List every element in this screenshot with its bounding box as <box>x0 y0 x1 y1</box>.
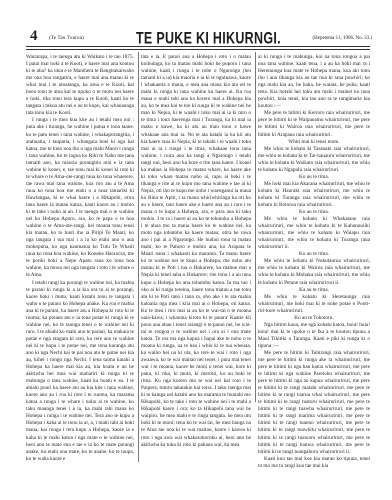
column-middle: tata e ia. E panoi ana a Hohepa i roto i… <box>141 54 251 449</box>
section-heading: Ko au te rima. <box>258 209 370 216</box>
section-heading: Ka au te rima. <box>258 287 370 294</box>
section-heading: Ko au te rima. <box>258 251 370 258</box>
section-heading: Ko au te Tokotoru. <box>258 315 370 322</box>
volume-label: (Te Tau Tuarua) <box>49 36 84 41</box>
paragraph: I runga i te mea kua kite au i tetahi me… <box>26 117 134 279</box>
newspaper-page: 4 (Te Tau Tuarua) TE PUKE KI HIKURNGI. (… <box>0 0 392 500</box>
paragraph: Me whiu te kohatu ki Nukutaurua whairuri… <box>258 258 370 286</box>
masthead-title: TE PUKE KI HIKURNGI. <box>136 29 281 47</box>
column-divider <box>255 52 256 402</box>
section-heading: Whiti mai ki tenei motu. <box>258 139 370 146</box>
paragraph: Nga hitimi kaua, me nga kohatu katoa, ho… <box>258 322 370 350</box>
header-rule-thick <box>26 46 370 47</box>
paragraph: Me whiu te kohatu ki Whakatane raia whai… <box>258 216 370 251</box>
column-right: ai ki runga i te mabunga, koi na tona ro… <box>258 54 370 470</box>
paragraph: Kaati kua tae mai koe kia matau ko tipun… <box>258 456 370 470</box>
paragraph: Wairarapa, i te taenga atu ki Waikato i … <box>26 54 134 117</box>
paragraph: ai ki runga i te mabunga, koi na tona ro… <box>258 54 370 110</box>
paragraph: Me pere te hitimi ki Tuhirangi raia whai… <box>258 350 370 456</box>
issue-date: (Hepetema 11, 1906. No. 33.) <box>312 36 372 41</box>
page-header: 4 (Te Tau Tuarua) TE PUKE KI HIKURNGI. (… <box>28 28 372 48</box>
column-divider <box>138 52 139 462</box>
section-heading: Ko au te rima. <box>258 174 370 181</box>
paragraph: Me hoki mai kia Akarana whairuriruri, me… <box>258 181 370 209</box>
page-number: 4 <box>30 28 38 45</box>
paragraph: I tetahi rangi ka porangi te wahine nei,… <box>26 280 134 463</box>
paragraph: Me whiu te kohatu ki Heretaunga raia wha… <box>258 294 370 315</box>
header-rule-thin <box>26 49 370 50</box>
paragraph: Me pere te hitimi ki Keiroro raia whairu… <box>258 110 370 138</box>
column-left: Wairarapa, i te taenga atu ki Waikato i … <box>26 54 134 463</box>
paragraph: tata e ia. E panoi ana a Hohepa i roto i… <box>141 54 251 449</box>
paragraph: Me whiu te kohatu ki Taranaki raia whair… <box>258 146 370 174</box>
